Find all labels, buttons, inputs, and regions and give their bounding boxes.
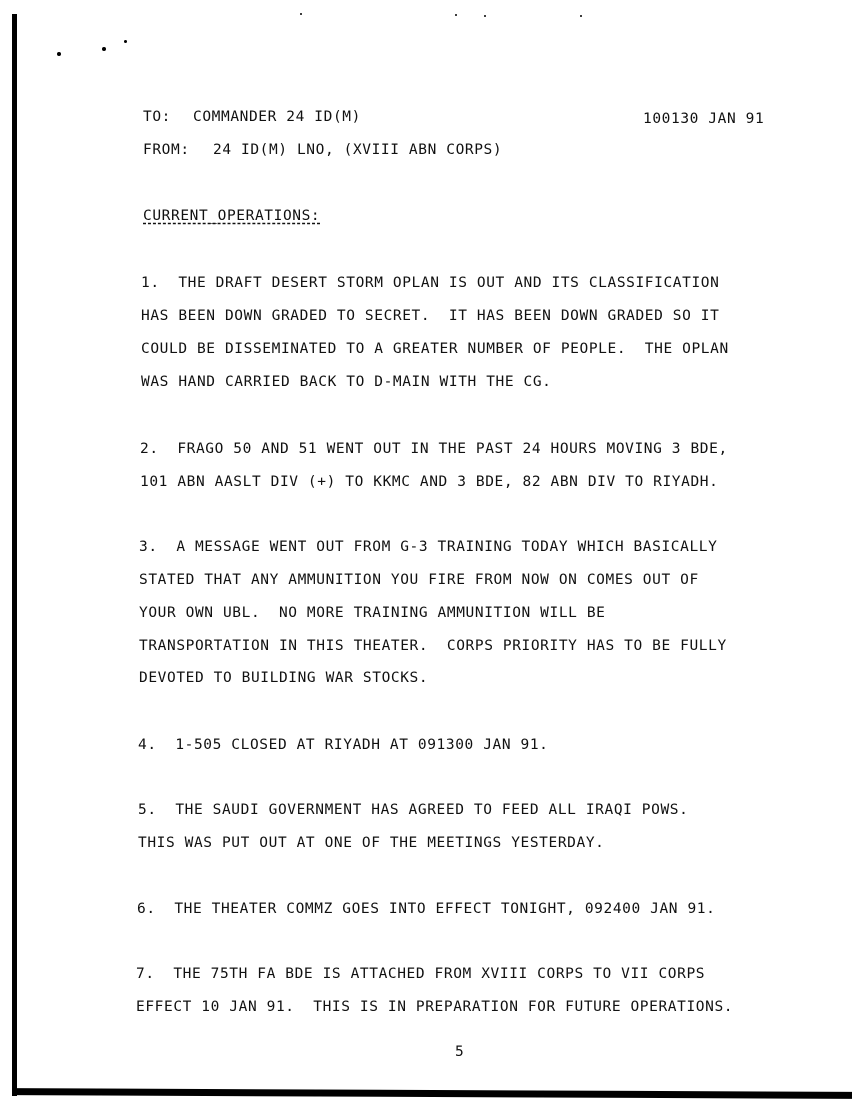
- scan-speck: [124, 40, 127, 43]
- paragraph-line: TRANSPORTATION IN THIS THEATER. CORPS PR…: [139, 637, 727, 655]
- paragraph-line: 3. A MESSAGE WENT OUT FROM G-3 TRAINING …: [139, 538, 717, 556]
- paragraph-line: DEVOTED TO BUILDING WAR STOCKS.: [139, 669, 428, 687]
- paragraph-line: 6. THE THEATER COMMZ GOES INTO EFFECT TO…: [137, 900, 715, 918]
- paragraph-line: 7. THE 75TH FA BDE IS ATTACHED FROM XVII…: [136, 965, 705, 983]
- left-page-border: [12, 14, 17, 1096]
- paragraph-line: YOUR OWN UBL. NO MORE TRAINING AMMUNITIO…: [139, 604, 606, 622]
- paragraph-line: 4. 1-505 CLOSED AT RIYADH AT 091300 JAN …: [138, 736, 549, 754]
- paragraph-line: EFFECT 10 JAN 91. THIS IS IN PREPARATION…: [136, 998, 733, 1016]
- section-heading: CURRENT_OPERATIONS:: [143, 207, 320, 225]
- to-value: COMMANDER 24 ID(M): [193, 108, 361, 126]
- from-label: FROM:: [143, 141, 190, 159]
- paragraph-line: 1. THE DRAFT DESERT STORM OPLAN IS OUT A…: [141, 274, 719, 292]
- paragraph-line: 5. THE SAUDI GOVERNMENT HAS AGREED TO FE…: [138, 801, 688, 819]
- paragraph-line: COULD BE DISSEMINATED TO A GREATER NUMBE…: [141, 340, 729, 358]
- page-number: 5: [455, 1044, 464, 1060]
- paragraph-line: HAS BEEN DOWN GRADED TO SECRET. IT HAS B…: [141, 307, 719, 325]
- to-label: TO:: [143, 108, 171, 126]
- paragraph-line: 2. FRAGO 50 AND 51 WENT OUT IN THE PAST …: [140, 440, 728, 458]
- scan-speck: [484, 15, 486, 17]
- paragraph-line: THIS WAS PUT OUT AT ONE OF THE MEETINGS …: [138, 834, 605, 852]
- paragraph-line: STATED THAT ANY AMMUNITION YOU FIRE FROM…: [139, 571, 699, 589]
- scan-speck: [57, 52, 61, 56]
- scan-speck: [102, 47, 106, 51]
- bottom-page-border: [12, 1088, 852, 1099]
- scan-speck: [580, 15, 582, 17]
- paragraph-line: WAS HAND CARRIED BACK TO D-MAIN WITH THE…: [141, 373, 552, 391]
- paragraph-line: 101 ABN AASLT DIV (+) TO KKMC AND 3 BDE,…: [140, 473, 718, 491]
- from-value: 24 ID(M) LNO, (XVIII ABN CORPS): [213, 141, 502, 159]
- scan-speck: [300, 13, 302, 15]
- date-time-group: 100130 JAN 91: [643, 110, 764, 128]
- scan-speck: [455, 14, 457, 16]
